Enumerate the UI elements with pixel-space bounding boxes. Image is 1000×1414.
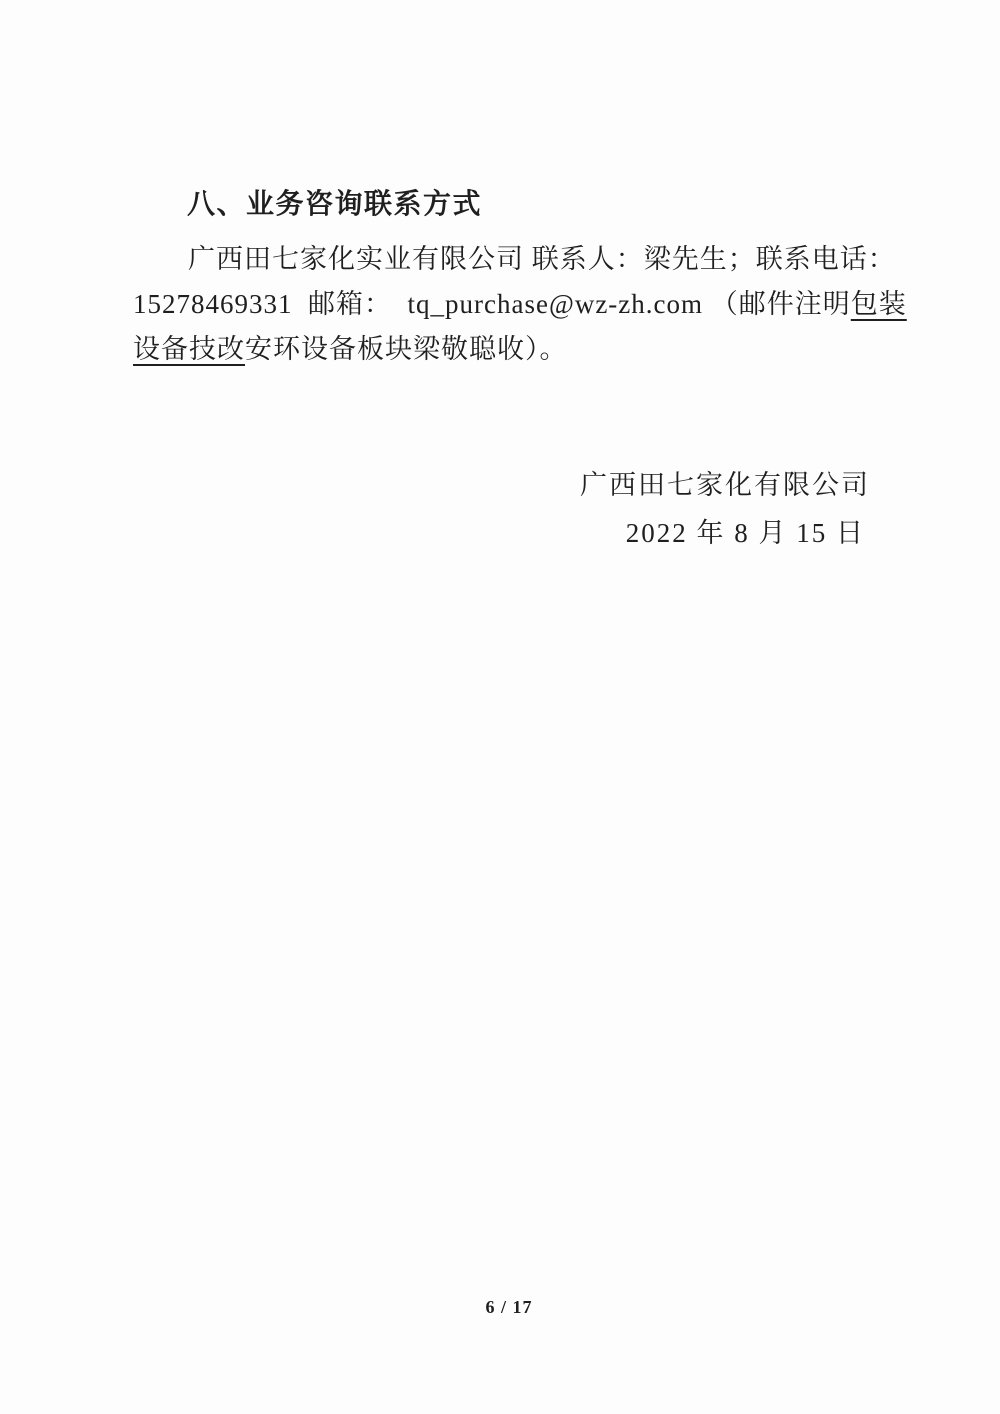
document-page: 八、业务咨询联系方式 广西田七家化实业有限公司 联系人：梁先生；联系电话： 15… <box>0 0 1000 1414</box>
contact-paragraph: 广西田七家化实业有限公司 联系人：梁先生；联系电话： 15278469331 邮… <box>133 237 878 372</box>
signature-date: 2022 年 8 月 15 日 <box>580 509 870 557</box>
underlined-text-equipment-upgrade: 设备技改 <box>133 334 245 364</box>
paragraph-line-1: 广西田七家化实业有限公司 联系人：梁先生；联系电话： <box>133 237 878 282</box>
paragraph-line-2: 15278469331 邮箱： tq_purchase@wz-zh.com （邮… <box>133 282 878 327</box>
paragraph-line-2-text: 15278469331 邮箱： tq_purchase@wz-zh.com （邮… <box>133 289 851 319</box>
section-heading: 八、业务咨询联系方式 <box>187 182 482 222</box>
signature-block: 广西田七家化有限公司 2022 年 8 月 15 日 <box>580 461 870 557</box>
paragraph-line-3: 设备技改安环设备板块梁敬聪收）。 <box>133 327 878 372</box>
paragraph-line-3-text: 安环设备板块梁敬聪收）。 <box>245 334 568 364</box>
page-number: 6 / 17 <box>9 1297 1000 1318</box>
underlined-text-packaging: 包装 <box>851 289 907 319</box>
signature-company: 广西田七家化有限公司 <box>580 461 870 509</box>
